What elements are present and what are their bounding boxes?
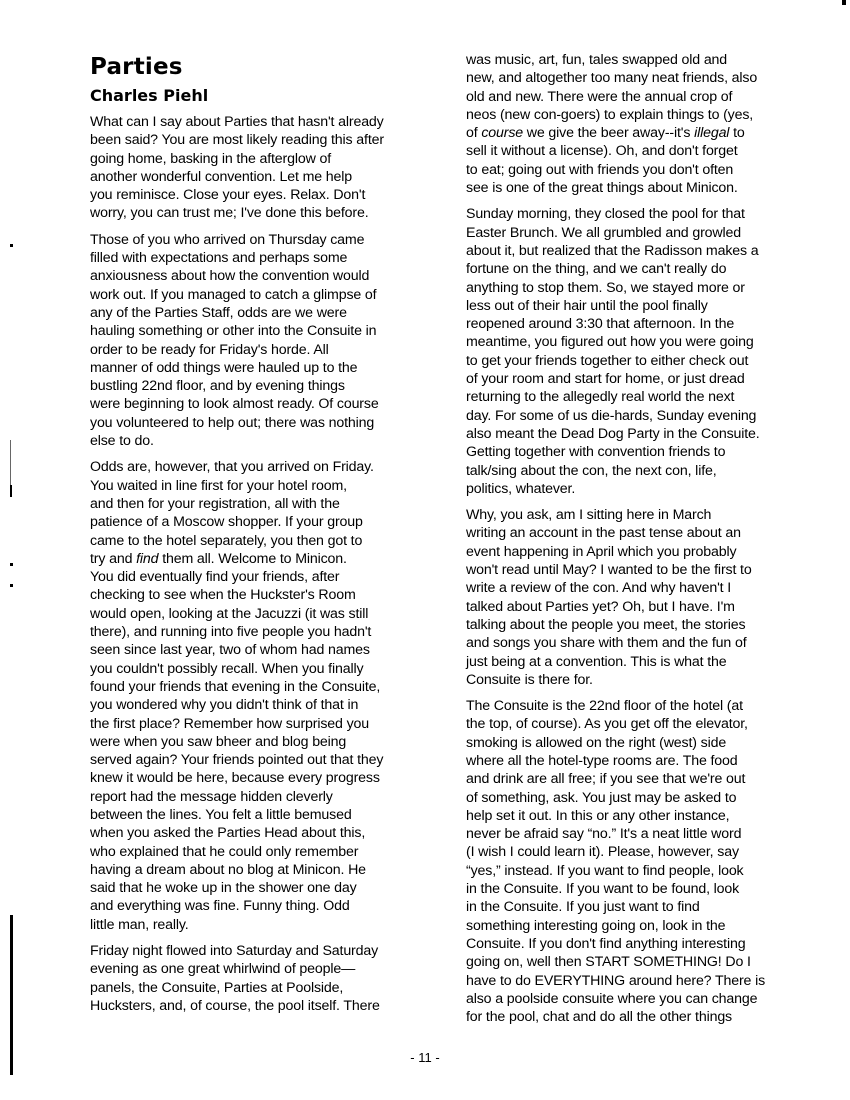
text-line: smoking is allowed on the right (west) s… (466, 734, 816, 752)
text-line: You did eventually find your friends, af… (90, 568, 440, 586)
text-line: else to do. (90, 432, 440, 450)
right-column: was music, art, fun, tales swapped old a… (466, 51, 816, 1034)
text-line: You waited in line first for your hotel … (90, 477, 440, 495)
right-column-body: was music, art, fun, tales swapped old a… (466, 51, 816, 1026)
text-line: said that he woke up in the shower one d… (90, 879, 440, 897)
scan-artifact (10, 244, 13, 247)
text-line: anxiousness about how the convention wou… (90, 267, 440, 285)
text-line: you couldn't possibly recall. When you f… (90, 660, 440, 678)
right-paragraph-4: The Consuite is the 22nd floor of the ho… (466, 697, 816, 1026)
text-line: were when you saw bheer and blog being (90, 733, 440, 751)
text-line: you reminisce. Close your eyes. Relax. D… (90, 186, 440, 204)
text-line: (I wish I could learn it). Please, howev… (466, 843, 816, 861)
scan-artifact (10, 485, 12, 497)
text-line: “yes,” instead. If you want to find peop… (466, 862, 816, 880)
text-line: and songs you share with them and the fu… (466, 634, 816, 652)
text-line: for the pool, chat and do all the other … (466, 1008, 816, 1026)
text-line: Consuite is there for. (466, 671, 816, 689)
text-line: day. For some of us die-hards, Sunday ev… (466, 407, 816, 425)
text-line: filled with expectations and perhaps som… (90, 249, 440, 267)
text-line: talk/sing about the con, the next con, l… (466, 462, 816, 480)
text-line: won't read until May? I wanted to be the… (466, 561, 816, 579)
text-line: help set it out. In this or any other in… (466, 807, 816, 825)
text-line: the first place? Remember how surprised … (90, 715, 440, 733)
text-line: found your friends that evening in the C… (90, 678, 440, 696)
text-line: event happening in April which you proba… (466, 543, 816, 561)
text-line: new, and altogether too many neat friend… (466, 69, 816, 87)
text-line: worry, you can trust me; I've done this … (90, 204, 440, 222)
text-line: meantime, you figured out how you were g… (466, 333, 816, 351)
text-line: in the Consuite. If you just want to fin… (466, 898, 816, 916)
text-line: been said? You are most likely reading t… (90, 131, 440, 149)
text-line: any of the Parties Staff, odds are we we… (90, 304, 440, 322)
text-line: and everything was fine. Funny thing. Od… (90, 897, 440, 915)
text-line: evening as one great whirlwind of people… (90, 960, 440, 978)
text-line: you wondered why you didn't think of tha… (90, 696, 440, 714)
text-line: Hucksters, and, of course, the pool itse… (90, 997, 440, 1015)
text-line: Consuite. If you don't find anything int… (466, 935, 816, 953)
text-line: anything to stop them. So, we stayed mor… (466, 279, 816, 297)
text-line: sell it without a license). Oh, and don'… (466, 142, 816, 160)
article-author: Charles Piehl (90, 85, 440, 107)
text-line: neos (new con-goers) to explain things t… (466, 106, 816, 124)
text-line: between the lines. You felt a little bem… (90, 806, 440, 824)
text-line: talked about Parties yet? Oh, but I have… (466, 598, 816, 616)
text-line: politics, whatever. (466, 480, 816, 498)
text-line: also meant the Dead Dog Party in the Con… (466, 425, 816, 443)
text-line: checking to see when the Huckster's Room (90, 586, 440, 604)
text-line: hauling something or other into the Cons… (90, 322, 440, 340)
text-line: who explained that he could only remembe… (90, 843, 440, 861)
text-line: Those of you who arrived on Thursday cam… (90, 231, 440, 249)
text-line: there), and running into five people you… (90, 623, 440, 641)
document-page: Parties Charles Piehl What can I say abo… (0, 0, 850, 1100)
text-line: returning to the allegedly real world th… (466, 388, 816, 406)
text-line: old and new. There were the annual crop … (466, 88, 816, 106)
right-paragraph-3: Why, you ask, am I sitting here in March… (466, 506, 816, 689)
text-line: What can I say about Parties that hasn't… (90, 113, 440, 131)
text-line: writing an account in the past tense abo… (466, 524, 816, 542)
text-line: Why, you ask, am I sitting here in March (466, 506, 816, 524)
text-line: try and find them all. Welcome to Minico… (90, 550, 440, 568)
text-line: would open, looking at the Jacuzzi (it w… (90, 605, 440, 623)
text-line: fortune on the thing, and we can't reall… (466, 260, 816, 278)
text-line: little man, really. (90, 916, 440, 934)
text-line: to eat; going out with friends you don't… (466, 161, 816, 179)
left-paragraph-1: What can I say about Parties that hasn't… (90, 113, 440, 223)
text-line: of course we give the beer away--it's il… (466, 124, 816, 142)
text-line: The Consuite is the 22nd floor of the ho… (466, 697, 816, 715)
text-line: the top, of course). As you get off the … (466, 715, 816, 733)
text-line: in the Consuite. If you want to be found… (466, 880, 816, 898)
text-line: talking about the people you meet, the s… (466, 616, 816, 634)
text-line: where all the hotel-type rooms are. The … (466, 752, 816, 770)
text-line: less out of their hair until the pool fi… (466, 297, 816, 315)
text-line: manner of odd things were hauled up to t… (90, 359, 440, 377)
text-line: of something, ask. You just may be asked… (466, 789, 816, 807)
text-line: work out. If you managed to catch a glim… (90, 286, 440, 304)
text-line: something interesting going on, look in … (466, 917, 816, 935)
left-paragraph-2: Those of you who arrived on Thursday cam… (90, 231, 440, 451)
text-line: another wonderful convention. Let me hel… (90, 168, 440, 186)
text-line: Odds are, however, that you arrived on F… (90, 458, 440, 476)
text-line: about it, but realized that the Radisson… (466, 242, 816, 260)
text-line: going home, basking in the afterglow of (90, 150, 440, 168)
text-line: see is one of the great things about Min… (466, 179, 816, 197)
left-column-body: What can I say about Parties that hasn't… (90, 113, 440, 1015)
text-line: reopened around 3:30 that afternoon. In … (466, 315, 816, 333)
text-line: also a poolside consuite where you can c… (466, 990, 816, 1008)
text-line: of your room and start for home, or just… (466, 370, 816, 388)
left-paragraph-3: Odds are, however, that you arrived on F… (90, 458, 440, 934)
text-line: just being at a convention. This is what… (466, 653, 816, 671)
text-line: never be afraid say “no.” It's a neat li… (466, 825, 816, 843)
text-line: order to be ready for Friday's horde. Al… (90, 341, 440, 359)
scan-artifact (10, 915, 13, 1075)
text-line: you volunteered to help out; there was n… (90, 414, 440, 432)
text-line: was music, art, fun, tales swapped old a… (466, 51, 816, 69)
text-line: have to do EVERYTHING around here? There… (466, 972, 816, 990)
text-line: Friday night flowed into Saturday and Sa… (90, 942, 440, 960)
text-line: Getting together with convention friends… (466, 443, 816, 461)
text-line: served again? Your friends pointed out t… (90, 751, 440, 769)
right-paragraph-2: Sunday morning, they closed the pool for… (466, 205, 816, 498)
text-line: write a review of the con. And why haven… (466, 579, 816, 597)
scan-artifact (10, 584, 13, 587)
scan-artifact (842, 0, 846, 5)
text-line: and then for your registration, all with… (90, 495, 440, 513)
text-line: panels, the Consuite, Parties at Poolsid… (90, 979, 440, 997)
article-title: Parties (90, 52, 440, 82)
text-line: were beginning to look almost ready. Of … (90, 395, 440, 413)
text-line: report had the message hidden cleverly (90, 788, 440, 806)
text-line: patience of a Moscow shopper. If your gr… (90, 513, 440, 531)
text-line: bustling 22nd floor, and by evening thin… (90, 377, 440, 395)
text-line: to get your friends together to either c… (466, 352, 816, 370)
text-line: seen since last year, two of whom had na… (90, 641, 440, 659)
text-line: and drink are all free; if you see that … (466, 770, 816, 788)
left-column: Parties Charles Piehl What can I say abo… (90, 52, 440, 1023)
right-paragraph-1: was music, art, fun, tales swapped old a… (466, 51, 816, 197)
text-line: going on, well then START SOMETHING! Do … (466, 953, 816, 971)
text-line: Easter Brunch. We all grumbled and growl… (466, 224, 816, 242)
scan-artifact (10, 563, 13, 566)
text-line: knew it would be here, because every pro… (90, 769, 440, 787)
text-line: Sunday morning, they closed the pool for… (466, 205, 816, 223)
text-line: came to the hotel separately, you then g… (90, 532, 440, 550)
text-line: having a dream about no blog at Minicon.… (90, 861, 440, 879)
left-paragraph-4: Friday night flowed into Saturday and Sa… (90, 942, 440, 1015)
text-line: when you asked the Parties Head about th… (90, 824, 440, 842)
page-number: - 11 - (0, 1050, 850, 1065)
